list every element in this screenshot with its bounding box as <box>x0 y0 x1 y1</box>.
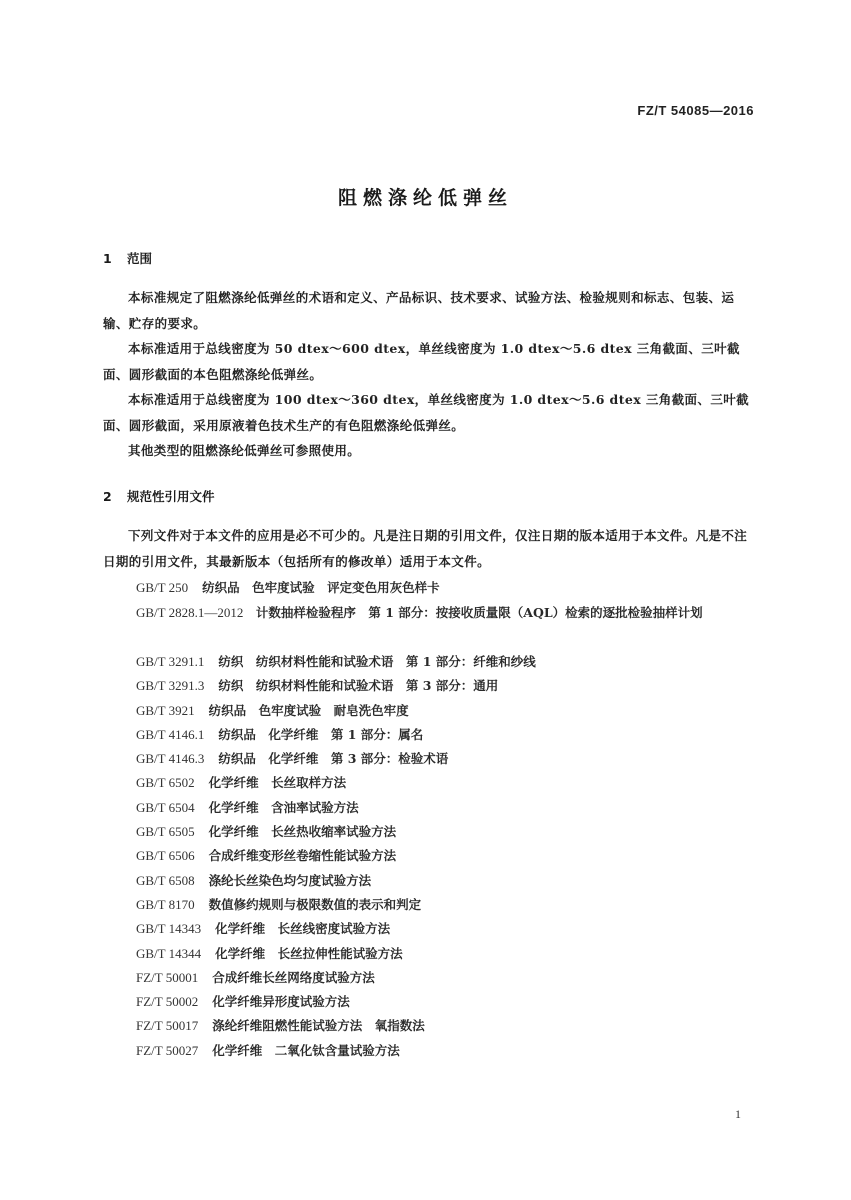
reference-item-1: GB/T 2828.1—2012 计数抽样检验程序 第 1 部分：按接收质量限（… <box>103 600 758 625</box>
reference-code: GB/T 6506 <box>136 848 195 863</box>
section-number: 2 <box>103 489 127 504</box>
reference-title: 化学纤维异形度试验方法 <box>212 994 350 1009</box>
reference-item-4: GB/T 3921纺织品 色牢度试验 耐皂洗色牢度 <box>136 699 536 723</box>
reference-code: GB/T 14344 <box>136 946 201 961</box>
reference-title: 涤纶纤维阻燃性能试验方法 氧指数法 <box>212 1018 425 1033</box>
reference-title: 化学纤维 长丝热收缩率试验方法 <box>209 824 397 839</box>
reference-code: GB/T 4146.1 <box>136 727 204 742</box>
reference-item-2: GB/T 3291.1纺织 纺织材料性能和试验术语 第 1 部分：纤维和纱线 <box>136 650 536 674</box>
reference-code: FZ/T 50002 <box>136 994 198 1009</box>
reference-title: 纺织 纺织材料性能和试验术语 第 1 部分：纤维和纱线 <box>218 654 535 669</box>
reference-code: GB/T 250 <box>136 580 188 595</box>
reference-code: GB/T 2828.1—2012 <box>136 605 243 620</box>
scope-paragraph-4: 其他类型的阻燃涤纶低弹丝可参照使用。 <box>103 438 758 464</box>
reference-title: 纺织品 化学纤维 第 3 部分：检验术语 <box>218 751 448 766</box>
section-1-heading: 1范围 <box>103 249 152 267</box>
reference-code: GB/T 3291.1 <box>136 654 204 669</box>
scope-paragraph-1: 本标准规定了阻燃涤纶低弹丝的术语和定义、产品标识、技术要求、试验方法、检验规则和… <box>103 285 758 336</box>
reference-title: 化学纤维 二氧化钛含量试验方法 <box>212 1043 400 1058</box>
reference-code: GB/T 6505 <box>136 824 195 839</box>
reference-item-9: GB/T 6505化学纤维 长丝热收缩率试验方法 <box>136 820 536 844</box>
reference-item-18: FZ/T 50027化学纤维 二氧化钛含量试验方法 <box>136 1039 536 1063</box>
reference-code: GB/T 3291.3 <box>136 678 204 693</box>
reference-code: GB/T 6508 <box>136 873 195 888</box>
reference-title: 数值修约规则与极限数值的表示和判定 <box>209 897 422 912</box>
document-title: 阻燃涤纶低弹丝 <box>0 183 851 210</box>
reference-title: 化学纤维 长丝线密度试验方法 <box>215 921 390 936</box>
reference-title: 化学纤维 长丝拉伸性能试验方法 <box>215 946 403 961</box>
section-number: 1 <box>103 251 127 266</box>
reference-code: FZ/T 50027 <box>136 1043 198 1058</box>
reference-item-6: GB/T 4146.3纺织品 化学纤维 第 3 部分：检验术语 <box>136 747 536 771</box>
scope-paragraph-3: 本标准适用于总线密度为 100 dtex～360 dtex，单丝线密度为 1.0… <box>103 387 758 438</box>
reference-item-5: GB/T 4146.1纺织品 化学纤维 第 1 部分：属名 <box>136 723 536 747</box>
reference-item-3: GB/T 3291.3纺织 纺织材料性能和试验术语 第 3 部分：通用 <box>136 674 536 698</box>
section-title: 规范性引用文件 <box>127 489 215 504</box>
reference-item-12: GB/T 8170数值修约规则与极限数值的表示和判定 <box>136 893 536 917</box>
reference-item-0: GB/T 250纺织品 色牢度试验 评定变色用灰色样卡 <box>136 576 440 600</box>
reference-title: 合成纤维变形丝卷缩性能试验方法 <box>209 848 397 863</box>
page-number: 1 <box>735 1107 741 1122</box>
reference-item-15: FZ/T 50001合成纤维长丝网络度试验方法 <box>136 966 536 990</box>
section-2-heading: 2规范性引用文件 <box>103 487 215 505</box>
reference-item-7: GB/T 6502化学纤维 长丝取样方法 <box>136 771 536 795</box>
reference-code: GB/T 6502 <box>136 775 195 790</box>
reference-item-11: GB/T 6508涤纶长丝染色均匀度试验方法 <box>136 869 536 893</box>
reference-title: 纺织品 色牢度试验 耐皂洗色牢度 <box>209 703 409 718</box>
reference-title: 纺织品 色牢度试验 评定变色用灰色样卡 <box>202 580 440 595</box>
reference-item-16: FZ/T 50002化学纤维异形度试验方法 <box>136 990 536 1014</box>
scope-paragraph-2: 本标准适用于总线密度为 50 dtex～600 dtex，单丝线密度为 1.0 … <box>103 336 758 387</box>
reference-title: 化学纤维 长丝取样方法 <box>209 775 347 790</box>
normative-references-intro: 下列文件对于本文件的应用是必不可少的。凡是注日期的引用文件，仅注日期的版本适用于… <box>103 523 758 574</box>
reference-title: 涤纶长丝染色均匀度试验方法 <box>209 873 372 888</box>
reference-code: GB/T 8170 <box>136 897 195 912</box>
reference-item-13: GB/T 14343化学纤维 长丝线密度试验方法 <box>136 917 536 941</box>
reference-title: 纺织品 化学纤维 第 1 部分：属名 <box>218 727 423 742</box>
reference-code: GB/T 6504 <box>136 800 195 815</box>
reference-code: FZ/T 50001 <box>136 970 198 985</box>
standard-code: FZ/T 54085—2016 <box>637 103 754 118</box>
reference-title: 化学纤维 含油率试验方法 <box>209 800 359 815</box>
reference-title: 计数抽样检验程序 第 1 部分：按接收质量限（AQL）检索的逐批检验抽样计划 <box>256 605 703 620</box>
reference-item-8: GB/T 6504化学纤维 含油率试验方法 <box>136 796 536 820</box>
reference-title: 合成纤维长丝网络度试验方法 <box>212 970 375 985</box>
section-title: 范围 <box>127 251 152 266</box>
reference-item-14: GB/T 14344化学纤维 长丝拉伸性能试验方法 <box>136 942 536 966</box>
reference-code: GB/T 4146.3 <box>136 751 204 766</box>
reference-list: GB/T 3291.1纺织 纺织材料性能和试验术语 第 1 部分：纤维和纱线 G… <box>136 650 536 1063</box>
reference-code: GB/T 14343 <box>136 921 201 936</box>
reference-item-17: FZ/T 50017涤纶纤维阻燃性能试验方法 氧指数法 <box>136 1014 536 1038</box>
reference-code: FZ/T 50017 <box>136 1018 198 1033</box>
reference-title: 纺织 纺织材料性能和试验术语 第 3 部分：通用 <box>218 678 498 693</box>
reference-item-10: GB/T 6506合成纤维变形丝卷缩性能试验方法 <box>136 844 536 868</box>
reference-code: GB/T 3921 <box>136 703 195 718</box>
